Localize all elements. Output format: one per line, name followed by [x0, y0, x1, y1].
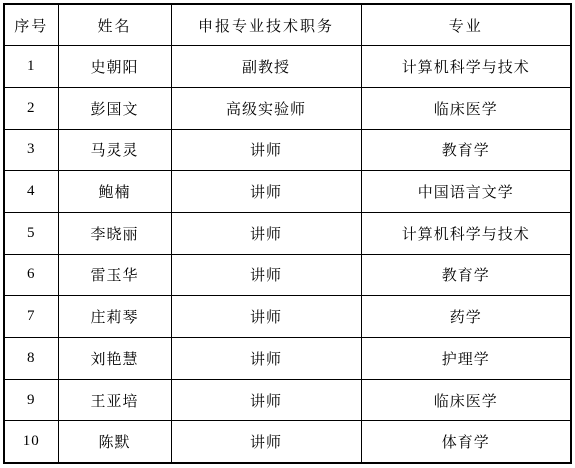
cell-name: 刘艳慧 [58, 338, 171, 380]
table-row: 9 王亚培 讲师 临床医学 [4, 379, 571, 421]
cell-major: 计算机科学与技术 [361, 46, 571, 88]
cell-name: 王亚培 [58, 379, 171, 421]
cell-name: 李晓丽 [58, 212, 171, 254]
document-page: 序号 姓名 申报专业技术职务 专业 1 史朝阳 副教授 计算机科学与技术 2 彭… [0, 0, 575, 468]
header-cell-title: 申报专业技术职务 [171, 4, 361, 46]
cell-title: 副教授 [171, 46, 361, 88]
cell-title: 讲师 [171, 379, 361, 421]
cell-major: 计算机科学与技术 [361, 212, 571, 254]
cell-title: 讲师 [171, 421, 361, 463]
cell-title: 讲师 [171, 296, 361, 338]
cell-no: 2 [4, 87, 58, 129]
cell-no: 9 [4, 379, 58, 421]
cell-no: 4 [4, 171, 58, 213]
header-cell-name: 姓名 [58, 4, 171, 46]
cell-no: 10 [4, 421, 58, 463]
cell-name: 鲍楠 [58, 171, 171, 213]
cell-no: 1 [4, 46, 58, 88]
cell-name: 雷玉华 [58, 254, 171, 296]
table-row: 7 庄莉琴 讲师 药学 [4, 296, 571, 338]
header-row: 序号 姓名 申报专业技术职务 专业 [4, 4, 571, 46]
cell-title: 讲师 [171, 129, 361, 171]
cell-name: 庄莉琴 [58, 296, 171, 338]
cell-name: 史朝阳 [58, 46, 171, 88]
cell-major: 教育学 [361, 129, 571, 171]
cell-no: 8 [4, 338, 58, 380]
table-row: 3 马灵灵 讲师 教育学 [4, 129, 571, 171]
cell-major: 中国语言文学 [361, 171, 571, 213]
cell-no: 3 [4, 129, 58, 171]
table-row: 1 史朝阳 副教授 计算机科学与技术 [4, 46, 571, 88]
cell-name: 彭国文 [58, 87, 171, 129]
cell-title: 讲师 [171, 254, 361, 296]
table-row: 8 刘艳慧 讲师 护理学 [4, 338, 571, 380]
cell-major: 临床医学 [361, 87, 571, 129]
roster-table: 序号 姓名 申报专业技术职务 专业 1 史朝阳 副教授 计算机科学与技术 2 彭… [3, 3, 572, 464]
cell-no: 5 [4, 212, 58, 254]
cell-major: 体育学 [361, 421, 571, 463]
header-cell-no: 序号 [4, 4, 58, 46]
cell-name: 陈默 [58, 421, 171, 463]
header-cell-major: 专业 [361, 4, 571, 46]
cell-major: 教育学 [361, 254, 571, 296]
table-row: 10 陈默 讲师 体育学 [4, 421, 571, 463]
table-row: 5 李晓丽 讲师 计算机科学与技术 [4, 212, 571, 254]
table-row: 6 雷玉华 讲师 教育学 [4, 254, 571, 296]
cell-title: 讲师 [171, 338, 361, 380]
table-row: 2 彭国文 高级实验师 临床医学 [4, 87, 571, 129]
table-row: 4 鲍楠 讲师 中国语言文学 [4, 171, 571, 213]
cell-title: 高级实验师 [171, 87, 361, 129]
cell-name: 马灵灵 [58, 129, 171, 171]
cell-title: 讲师 [171, 171, 361, 213]
cell-major: 临床医学 [361, 379, 571, 421]
cell-major: 药学 [361, 296, 571, 338]
cell-major: 护理学 [361, 338, 571, 380]
cell-no: 7 [4, 296, 58, 338]
cell-title: 讲师 [171, 212, 361, 254]
cell-no: 6 [4, 254, 58, 296]
